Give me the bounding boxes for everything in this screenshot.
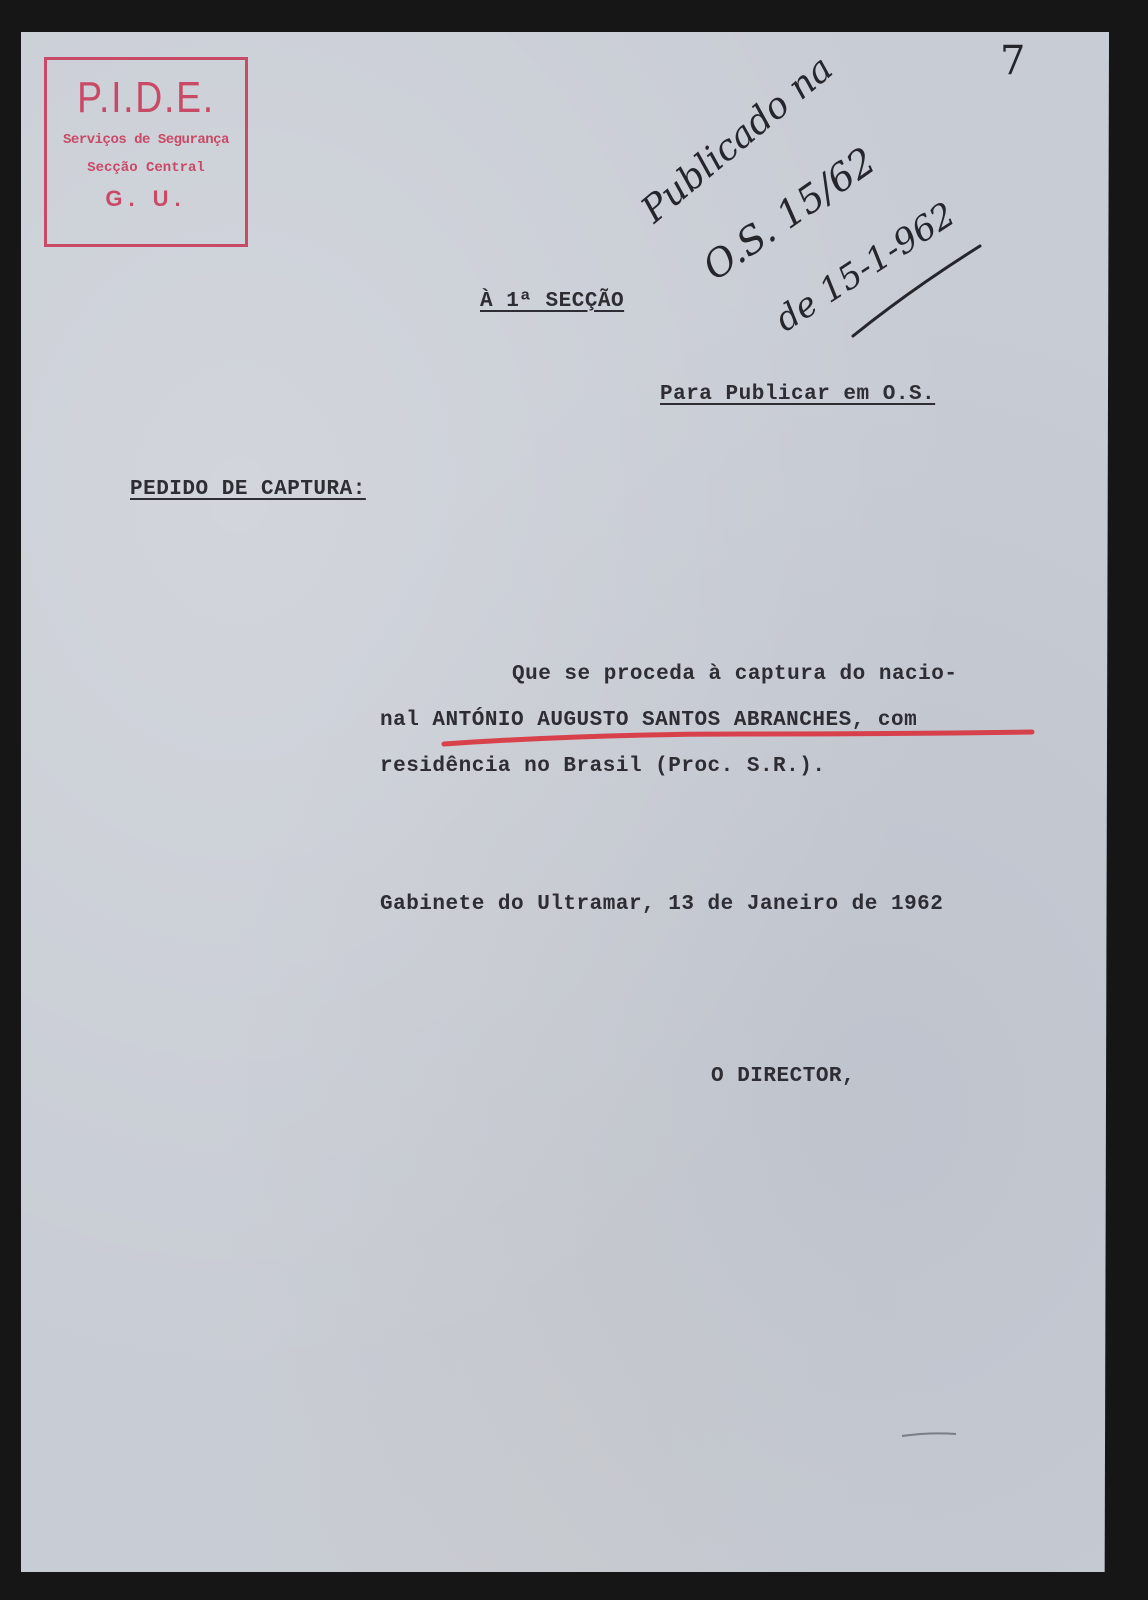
page-number: 7 (1000, 38, 1025, 84)
place-date-line: Gabinete do Ultramar, 13 de Janeiro de 1… (380, 893, 1092, 916)
stamp-line-services: Serviços de Segurança (47, 132, 245, 148)
stamp-line-section: Secção Central (47, 160, 245, 176)
stamp-line-gu: G. U. (47, 186, 245, 212)
body-line-3: residência no Brasil (Proc. S.R.). (380, 755, 825, 778)
red-pencil-underline (440, 726, 1040, 750)
stamp-title: P.I.D.E. (62, 76, 230, 120)
signatory-title: O DIRECTOR, (711, 1065, 855, 1088)
pencil-mark (900, 1430, 960, 1440)
addressee-heading: À 1ª SECÇÃO (480, 290, 624, 313)
subject-heading: PEDIDO DE CAPTURA: (130, 478, 366, 501)
pide-stamp: P.I.D.E. Serviços de Segurança Secção Ce… (44, 57, 248, 247)
body-line-2-prefix: nal (380, 709, 432, 732)
purpose-heading: Para Publicar em O.S. (660, 383, 935, 406)
handwritten-underline-stroke (850, 240, 990, 350)
body-line-1: Que se proceda à captura do nacio- (512, 663, 957, 686)
